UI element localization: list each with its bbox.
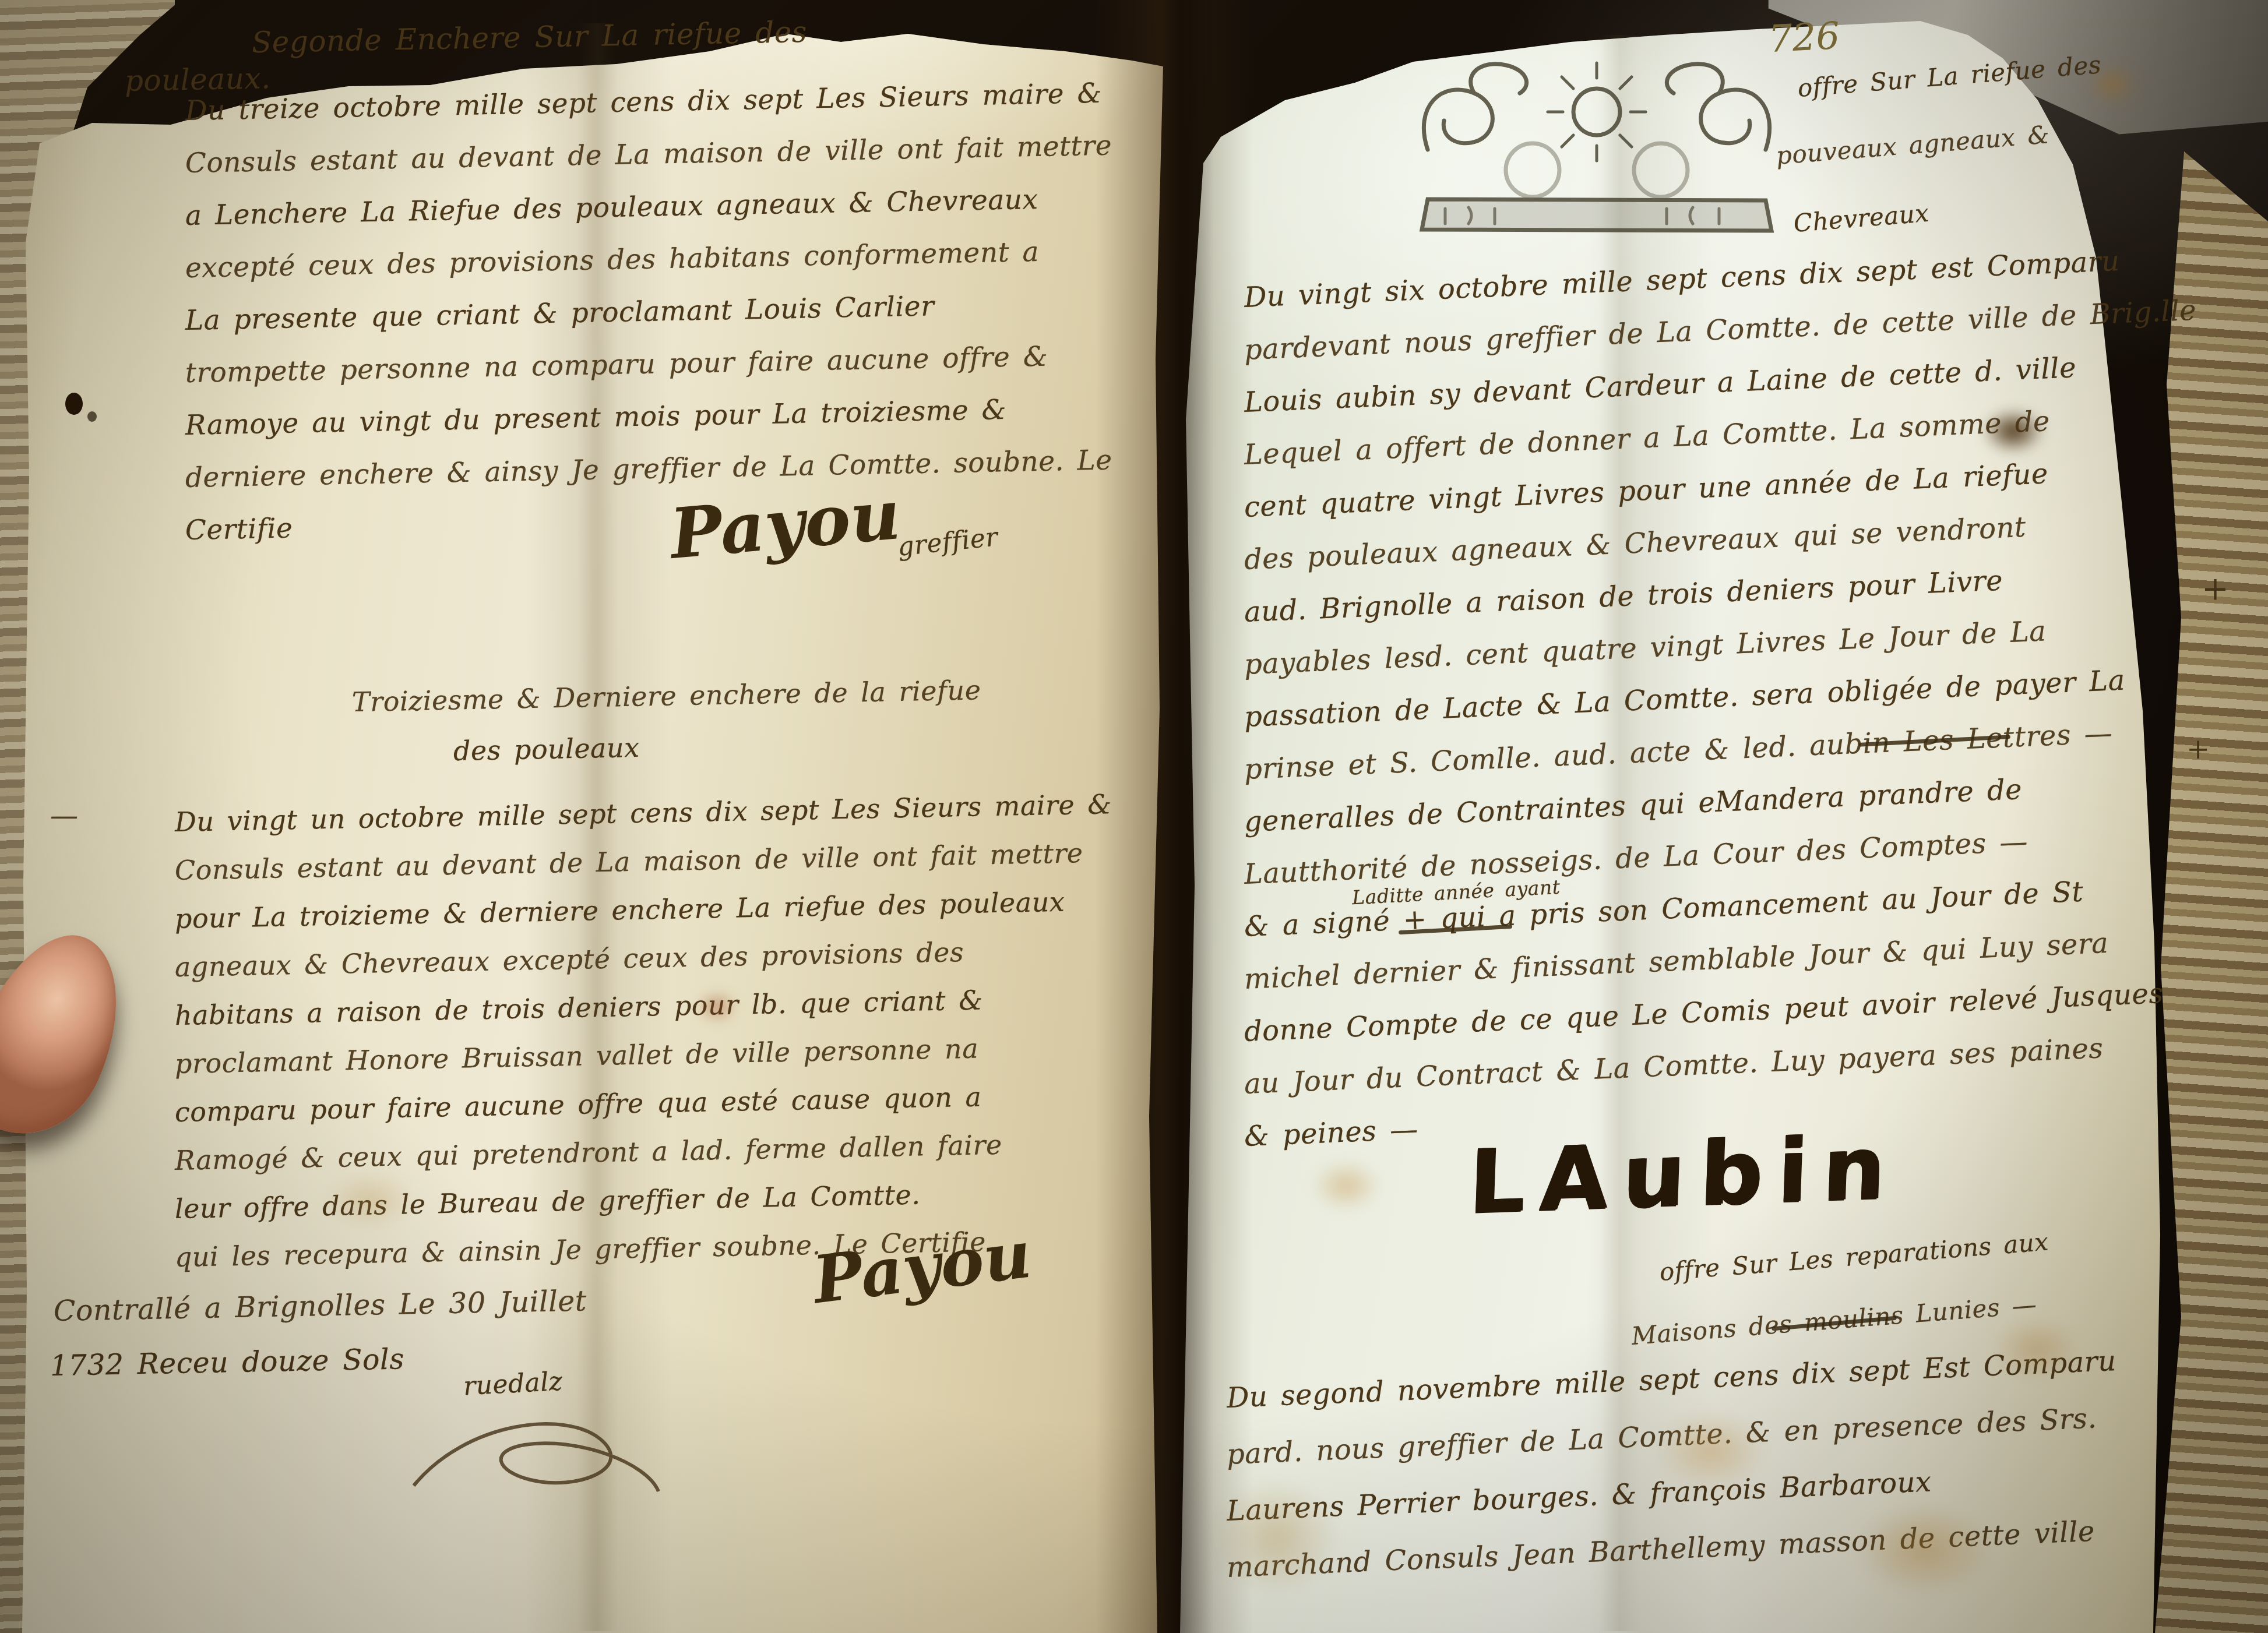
right-paragraph-2: Du segond novembre mille sept cens dix s… [1227,1370,2117,1596]
section-subheading: des pouleaux [453,732,640,767]
left-paragraph-1: Du treize octobre mille sept cens dix se… [185,85,1112,557]
margin-dash: — [50,799,79,832]
margin-plus-mark: + [2186,733,2210,766]
revenue-stamp-icon [1387,24,1806,258]
controle-line: 1732 Receu douze Sols [50,1342,404,1382]
photo-stage: Segonde Enchere Sur La riefue des poulea… [0,0,2268,1633]
worm-hole [65,393,83,415]
signature-paraph-icon [402,1398,670,1515]
left-paragraph-2: Du vingt un octobre mille sept cens dix … [175,798,1112,1282]
signature-laubin: LAubin [1467,1117,1901,1233]
right-paragraph-1: Du vingt six octobre mille sept cens dix… [1244,271,2197,1163]
margin-plus-mark: + [2202,570,2229,608]
worm-hole [87,411,97,422]
countersignature: ruedalz [463,1367,564,1402]
